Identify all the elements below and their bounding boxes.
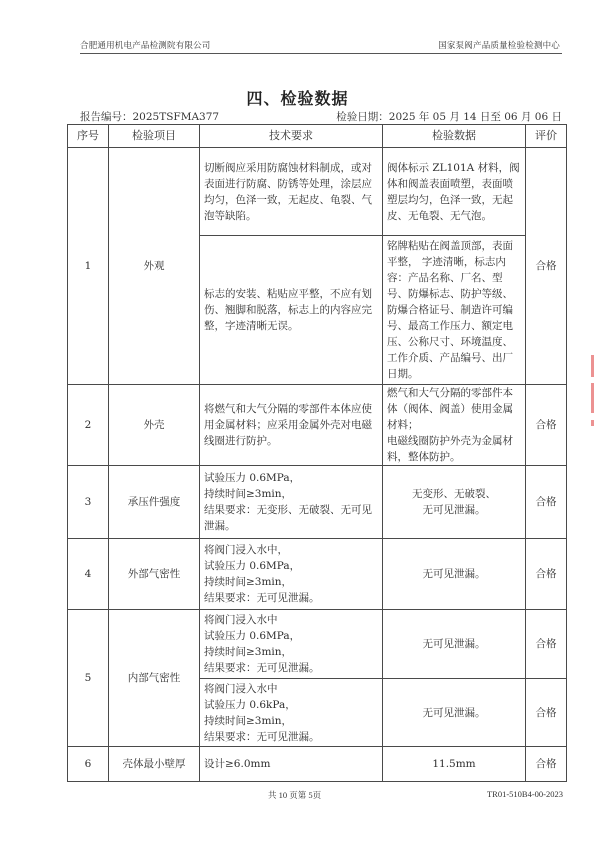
row-data: 无可见泄漏。 (383, 679, 526, 747)
row-seq: 3 (68, 466, 109, 539)
row-requirement: 将阀门浸入水中 试验压力 0.6MPa， 持续时间≥3min， 结果要求：无可见… (200, 610, 383, 679)
header-center-right: 国家泵阀产品质量检验检测中心 (438, 39, 560, 51)
table-row: 1 外观 切断阀应采用防腐蚀材料制成，或对表面进行防腐、防锈等处理，涂层应均匀，… (68, 148, 567, 236)
table-row: 3 承压件强度 试验压力 0.6MPa， 持续时间≥3min， 结果要求：无变形… (68, 466, 567, 539)
table-header-row: 序号 检验项目 技术要求 检验数据 评价 (68, 125, 567, 148)
report-number-label: 报告编号： (80, 111, 133, 123)
col-header-item: 检验项目 (109, 125, 200, 148)
row-seq: 4 (68, 539, 109, 610)
row-requirement: 将阀门浸入水中， 试验压力 0.6MPa， 持续时间≥3min， 结果要求：无可… (200, 539, 383, 610)
page-title: 四、检验数据 (0, 86, 595, 109)
inspection-data-table: 序号 检验项目 技术要求 检验数据 评价 1 外观 切断阀应采用防腐蚀材料制成，… (67, 124, 567, 782)
col-header-data: 检验数据 (383, 125, 526, 148)
row-item: 内部气密性 (109, 610, 200, 747)
report-number-value: 2025TSFMA377 (133, 111, 220, 123)
page-number: 共 10 页第 5页 (268, 789, 321, 801)
row-data: 无可见泄漏。 (383, 610, 526, 679)
row-data: 铭牌粘贴在阀盖顶部，表面平整， 字迹清晰，标志内容：产品名称、厂名、型号、防爆标… (383, 236, 526, 385)
seal-stamp-edge-mark (591, 420, 594, 426)
row-seq: 1 (68, 148, 109, 385)
seal-stamp-edge-mark (591, 383, 594, 413)
row-seq: 5 (68, 610, 109, 747)
col-header-requirement: 技术要求 (200, 125, 383, 148)
row-eval: 合格 (526, 148, 567, 385)
row-item: 外部气密性 (109, 539, 200, 610)
inspection-date-value: 2025 年 05 月 14 日至 06 月 06 日 (389, 111, 562, 123)
row-requirement: 将阀门浸入水中 试验压力 0.6kPa， 持续时间≥3min， 结果要求：无可见… (200, 679, 383, 747)
inspection-date-label: 检验日期： (336, 111, 389, 123)
row-requirement: 切断阀应采用防腐蚀材料制成，或对表面进行防腐、防锈等处理，涂层应均匀，色泽一致，… (200, 148, 383, 236)
row-data: 阀体标示 ZL101A 材料，阀体和阀盖表面喷塑，表面喷塑层均匀，色泽一致，无起… (383, 148, 526, 236)
row-requirement: 标志的安装、粘贴应平整，不应有划伤、翘脚和脱落，标志上的内容应完整，字迹清晰无误… (200, 236, 383, 385)
row-seq: 2 (68, 385, 109, 466)
row-seq: 6 (68, 747, 109, 782)
col-header-seq: 序号 (68, 125, 109, 148)
row-eval: 合格 (526, 747, 567, 782)
inspection-date: 检验日期：2025 年 05 月 14 日至 06 月 06 日 (336, 109, 562, 124)
row-item: 壳体最小壁厚 (109, 747, 200, 782)
document-code: TR01-510B4-00-2023 (487, 789, 563, 799)
row-requirement: 将燃气和大气分隔的零部件本体应使用金属材料；应采用金属外壳对电磁线圈进行防护。 (200, 385, 383, 466)
row-requirement: 试验压力 0.6MPa， 持续时间≥3min， 结果要求：无变形、无破裂、无可见… (200, 466, 383, 539)
row-data: 燃气和大气分隔的零部件本体（阀体、阀盖）使用金属材料； 电磁线圈防护外壳为金属材… (383, 385, 526, 466)
header-divider (80, 53, 562, 54)
row-requirement: 设计≥6.0mm (200, 747, 383, 782)
table-row: 2 外壳 将燃气和大气分隔的零部件本体应使用金属材料；应采用金属外壳对电磁线圈进… (68, 385, 567, 466)
row-eval: 合格 (526, 610, 567, 679)
row-data: 无可见泄漏。 (383, 539, 526, 610)
row-data: 无变形、无破裂、 无可见泄漏。 (383, 466, 526, 539)
report-number: 报告编号：2025TSFMA377 (80, 109, 219, 124)
row-data: 11.5mm (383, 747, 526, 782)
seal-stamp-edge-mark (591, 355, 594, 377)
header-company-left: 合肥通用机电产品检测院有限公司 (80, 39, 211, 51)
row-eval: 合格 (526, 466, 567, 539)
table-row: 6 壳体最小壁厚 设计≥6.0mm 11.5mm 合格 (68, 747, 567, 782)
row-item: 承压件强度 (109, 466, 200, 539)
row-item: 外壳 (109, 385, 200, 466)
col-header-eval: 评价 (526, 125, 567, 148)
row-eval: 合格 (526, 385, 567, 466)
row-item: 外观 (109, 148, 200, 385)
table-row: 5 内部气密性 将阀门浸入水中 试验压力 0.6MPa， 持续时间≥3min， … (68, 610, 567, 679)
row-eval: 合格 (526, 539, 567, 610)
table-row: 4 外部气密性 将阀门浸入水中， 试验压力 0.6MPa， 持续时间≥3min，… (68, 539, 567, 610)
row-eval: 合格 (526, 679, 567, 747)
